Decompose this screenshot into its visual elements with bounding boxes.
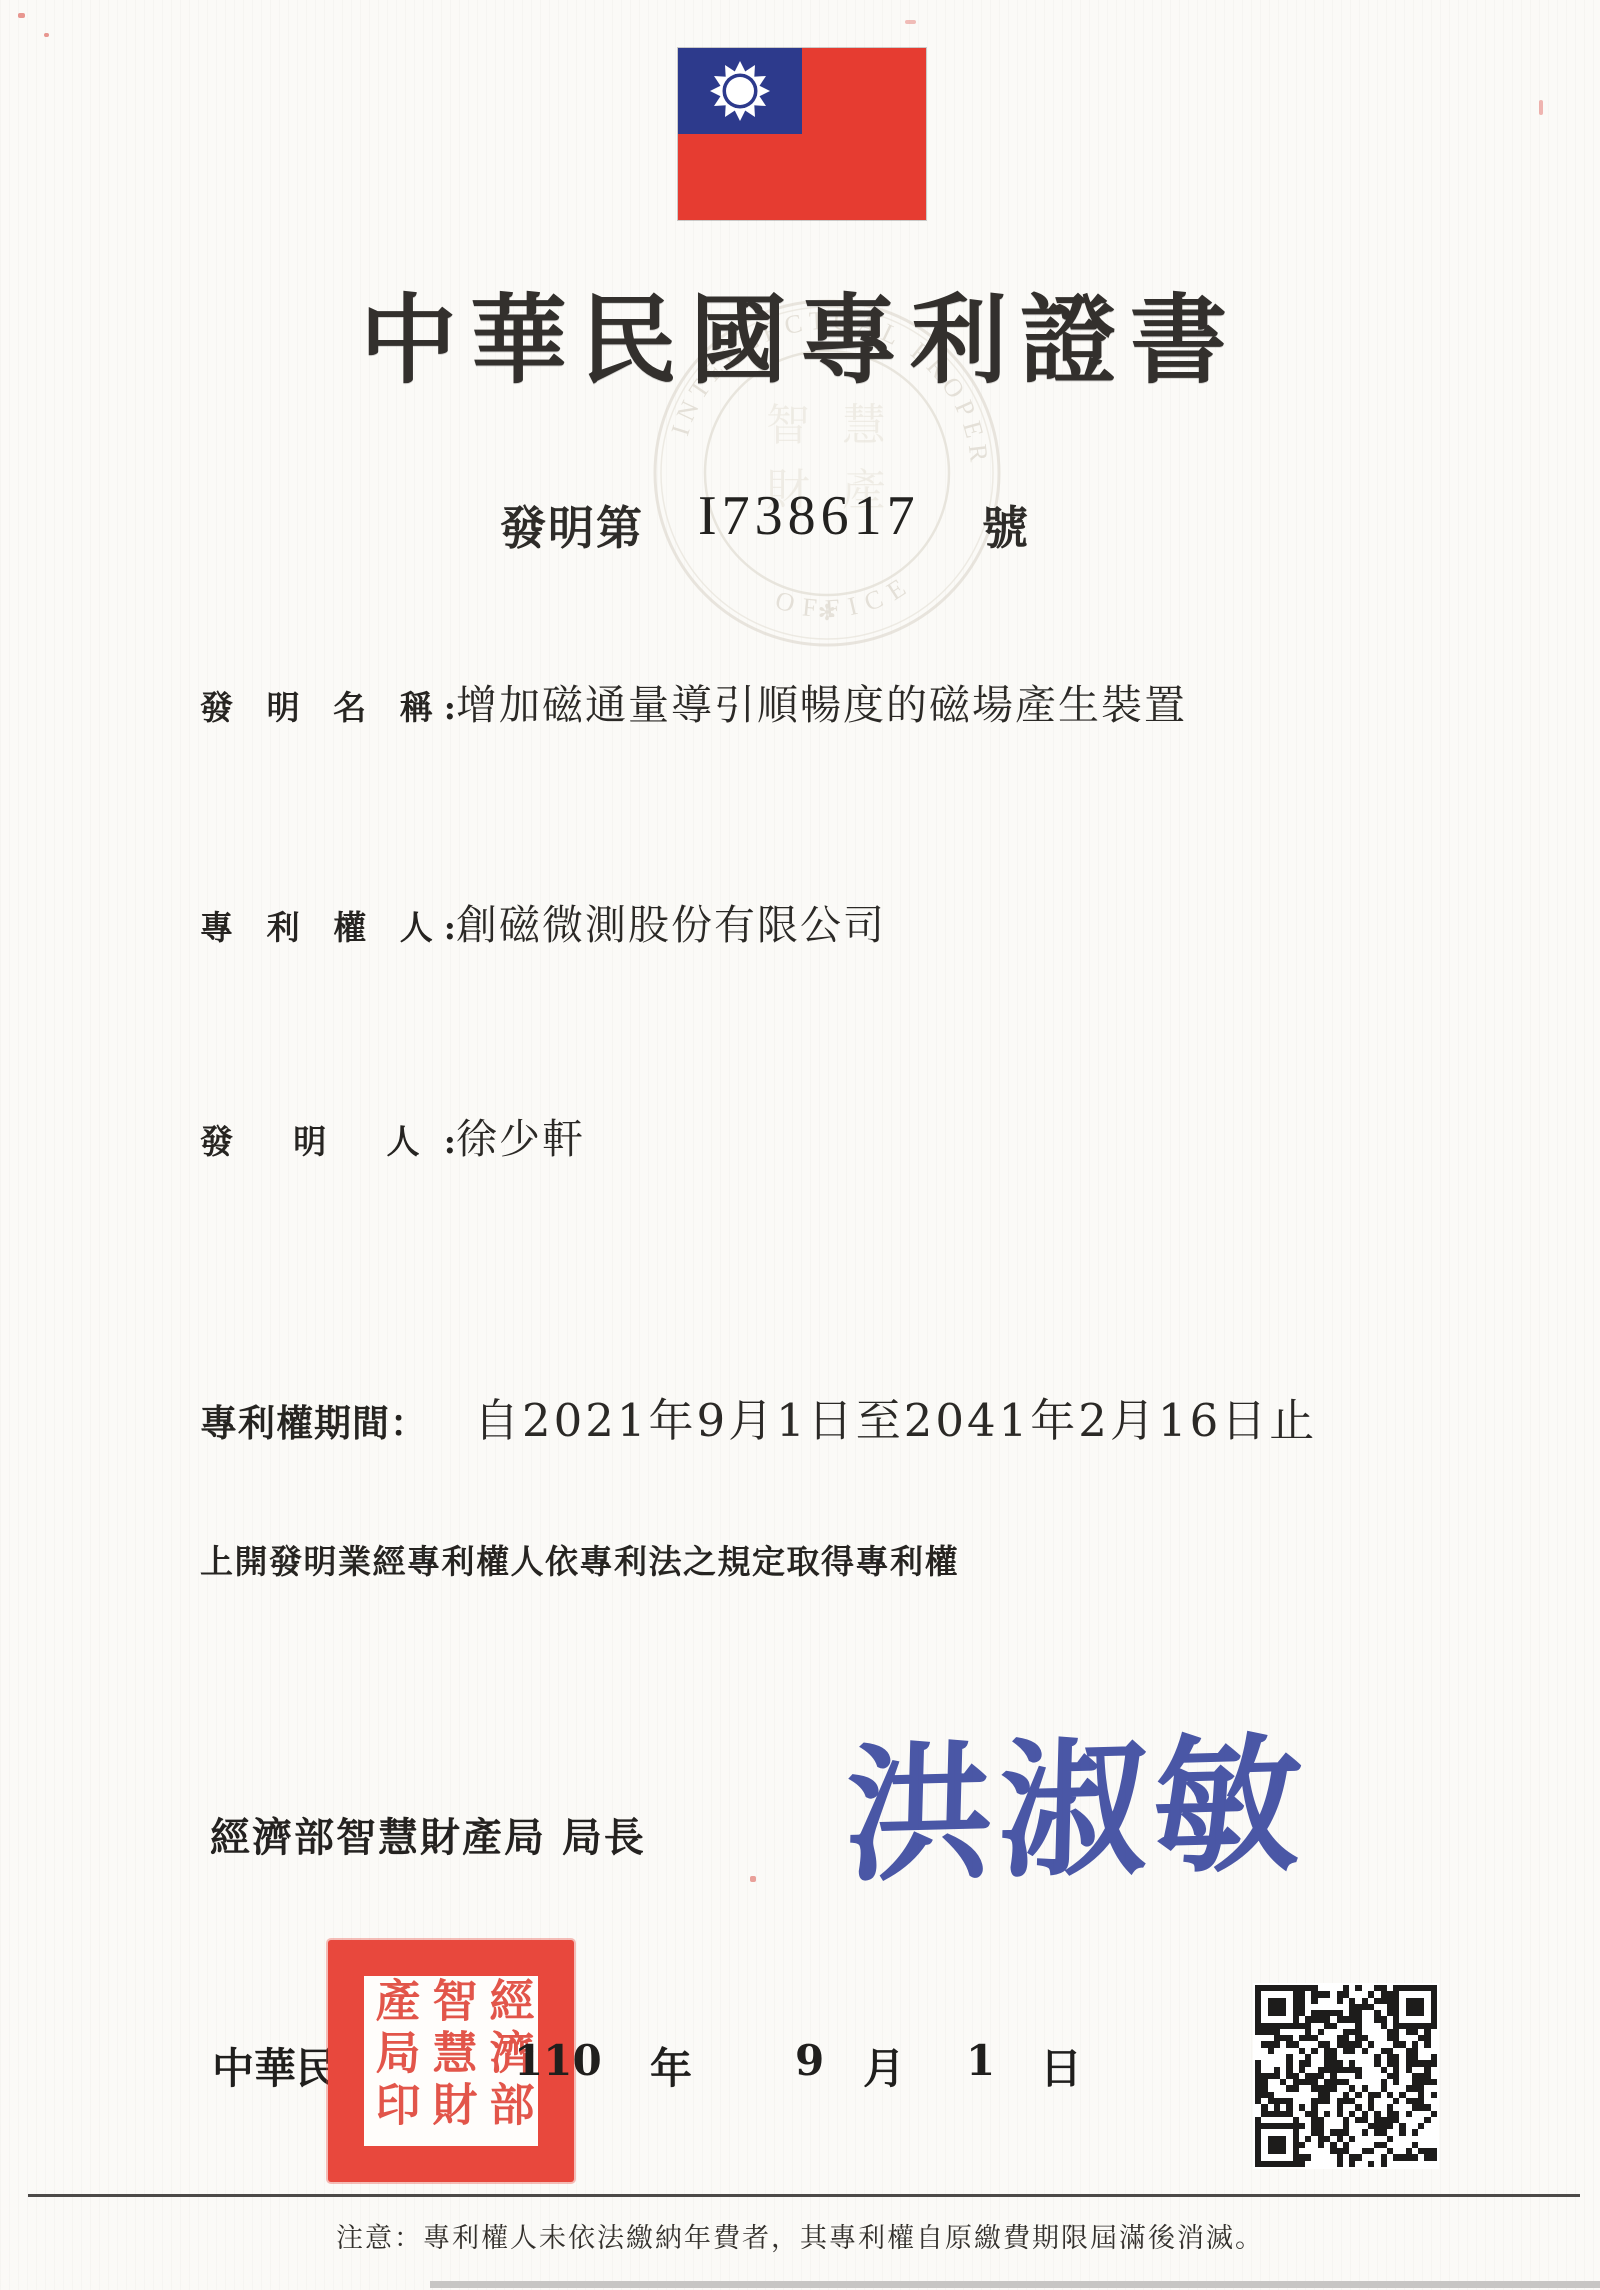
field-patent-term: 專利權期間： 自2021年9月1日至2041年2月16日止 [200, 1384, 1317, 1449]
issuing-office-title: 經濟部智慧財產局 局長 [210, 1806, 646, 1863]
taiwan-flag [678, 48, 926, 220]
patent-number-value: I738617 [698, 484, 920, 548]
date-month-unit: 月 [863, 2036, 905, 2096]
field-inventor: 發 明 人: 徐少軒 [200, 1106, 585, 1165]
footer-divider-line [28, 2194, 1580, 2197]
scan-speck [44, 33, 49, 37]
watermark-ring-text-bottom: OFFICE [772, 568, 919, 624]
scan-speck [18, 13, 25, 18]
patent-number-prefix: 發明第 [500, 492, 644, 558]
scan-speck [1539, 100, 1543, 115]
svg-text:✻: ✻ [818, 601, 836, 626]
director-signature: 洪淑敏 [843, 1725, 1347, 1894]
date-month: 9 [795, 2036, 824, 2085]
qr-code-modules [1255, 1985, 1437, 2167]
invention-name-label: 發 明 名 稱: [200, 682, 456, 729]
date-year: 110 [514, 2036, 602, 2085]
red-seal-inner: 經濟部智慧財產局印 [364, 1976, 538, 2146]
patent-certificate-page: INTELLECTUAL PROPERTY OFFICE ✻ 智慧 財產 中華民… [0, 0, 1600, 2290]
patent-term-label: 專利權期間： [200, 1393, 428, 1447]
date-year-unit: 年 [650, 2036, 692, 2096]
scan-speck [750, 1876, 756, 1882]
invention-name-value: 增加磁通量導引順暢度的磁場產生裝置 [456, 672, 1187, 731]
patent-term-value: 自2021年9月1日至2041年2月16日止 [474, 1384, 1317, 1449]
patentee-value: 創磁微測股份有限公司 [456, 892, 886, 951]
inventor-label: 發 明 人: [200, 1116, 456, 1163]
taiwan-flag-graphic [678, 48, 926, 220]
qr-code [1253, 1983, 1439, 2169]
scan-speck [905, 20, 916, 24]
svg-text:慧: 慧 [842, 400, 886, 451]
inventor-value: 徐少軒 [456, 1106, 585, 1165]
field-patentee: 專 利 權 人: 創磁微測股份有限公司 [200, 892, 886, 951]
field-invention-name: 發 明 名 稱: 增加磁通量導引順暢度的磁場產生裝置 [200, 672, 1187, 731]
date-day: 1 [966, 2036, 995, 2085]
patent-number-suffix: 號 [982, 492, 1028, 558]
date-day-unit: 日 [1040, 2036, 1082, 2096]
patentee-label: 專 利 權 人: [200, 902, 456, 949]
certificate-title: 中華民國專利證書 [0, 262, 1600, 402]
svg-text:智: 智 [766, 400, 810, 451]
footer-note: 注意：專利權人未依法繳納年費者，其專利權自原繳費期限屆滿後消滅。 [0, 2216, 1600, 2255]
legal-statement: 上開發明業經專利權人依專利法之規定取得專利權 [200, 1536, 959, 1583]
scan-edge-strip [430, 2281, 1600, 2288]
red-seal-text: 經濟部智慧財產局印 [366, 1977, 537, 2145]
